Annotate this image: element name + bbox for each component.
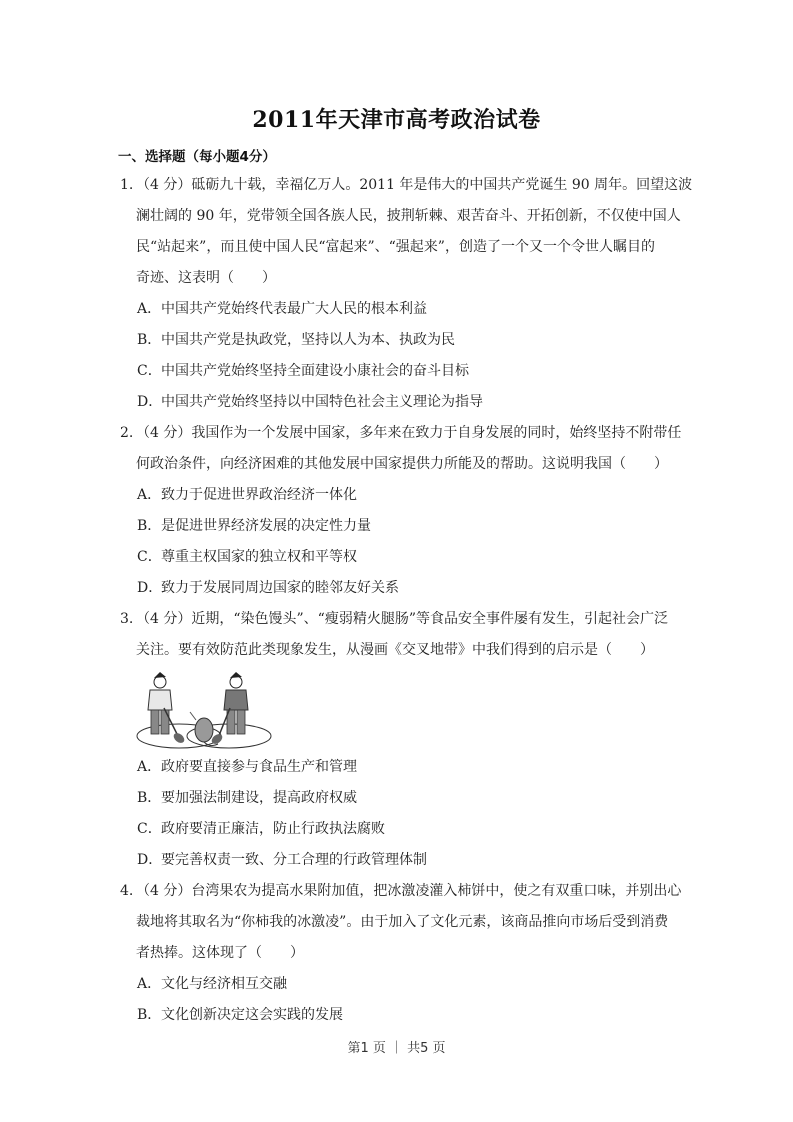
question-number: 1. xyxy=(120,170,133,201)
option-letter: B． xyxy=(137,783,161,814)
option-b: B．是促进世界经济发展的决定性力量 xyxy=(137,511,371,542)
question-3: 3. （4 分）近期，“染色馒头”、“瘦弱精火腿肠”等食品安全事件屡有发生，引起… xyxy=(120,604,680,666)
question-1: 1. （4 分）砥砺九十载，幸福亿万人。2011 年是伟大的中国共产党诞生 90… xyxy=(120,170,680,294)
exam-page: 2011年天津市高考政治试卷 一、选择题（每小题4分） 1. （4 分）砥砺九十… xyxy=(0,0,793,1122)
cartoon-image xyxy=(134,668,274,752)
section-heading: 一、选择题（每小题4分） xyxy=(118,145,276,165)
option-a: A．致力于促进世界政治经济一体化 xyxy=(137,480,357,511)
option-text: 要加强法制建设，提高政府权威 xyxy=(161,790,357,806)
option-d: D．要完善权责一致、分工合理的行政管理体制 xyxy=(137,845,427,876)
option-a: A．中国共产党始终代表最广大人民的根本利益 xyxy=(137,294,427,325)
question-stem: （4 分）我国作为一个发展中国家，多年来在致力于自身发展的同时，始终坚持不附带任… xyxy=(136,418,680,480)
question-4: 4. （4 分）台湾果农为提高水果附加值，把冰激凌灌入柿饼中，使之有双重口味，并… xyxy=(120,876,680,969)
option-letter: B． xyxy=(137,1000,161,1031)
option-letter: A． xyxy=(137,294,161,325)
stem-line: 民“站起来”，而且使中国人民“富起来”、“强起来”，创造了一个又一个令世人瞩目的 xyxy=(136,232,680,263)
question-stem: （4 分）台湾果农为提高水果附加值，把冰激凌灌入柿饼中，使之有双重口味，并别出心… xyxy=(136,876,680,969)
stem-line: （4 分）近期，“染色馒头”、“瘦弱精火腿肠”等食品安全事件屡有发生，引起社会广… xyxy=(136,604,680,635)
stem-line: 裁地将其取名为“你柿我的冰激凌”。由于加入了文化元素，该商品推向市场后受到消费 xyxy=(136,907,680,938)
question-number: 4. xyxy=(120,876,133,907)
option-text: 中国共产党始终坚持全面建设小康社会的奋斗目标 xyxy=(161,363,469,379)
option-letter: B． xyxy=(137,511,161,542)
stem-line: （4 分）台湾果农为提高水果附加值，把冰激凌灌入柿饼中，使之有双重口味，并别出心 xyxy=(136,876,680,907)
option-letter: D． xyxy=(137,573,161,604)
option-b: B．中国共产党是执政党，坚持以人为本、执政为民 xyxy=(137,325,455,356)
stem-line: 何政治条件，向经济困难的其他发展中国家提供力所能及的帮助。这说明我国（ ） xyxy=(136,449,680,480)
option-a: A．文化与经济相互交融 xyxy=(137,969,287,1000)
option-text: 要完善权责一致、分工合理的行政管理体制 xyxy=(161,852,427,868)
question-2: 2. （4 分）我国作为一个发展中国家，多年来在致力于自身发展的同时，始终坚持不… xyxy=(120,418,680,480)
option-b: B．要加强法制建设，提高政府权威 xyxy=(137,783,357,814)
option-letter: A． xyxy=(137,480,161,511)
stem-line: 澜壮阔的 90 年，党带领全国各族人民，披荆斩棘、艰苦奋斗、开拓创新，不仅使中国… xyxy=(136,201,680,232)
option-letter: C． xyxy=(137,542,161,573)
stem-line: 者热捧。这体现了（ ） xyxy=(136,938,680,969)
option-text: 政府要清正廉洁，防止行政执法腐败 xyxy=(161,821,385,837)
option-letter: A． xyxy=(137,969,161,1000)
option-c: C．政府要清正廉洁，防止行政执法腐败 xyxy=(137,814,385,845)
option-text: 致力于发展同周边国家的睦邻友好关系 xyxy=(161,580,399,596)
option-text: 是促进世界经济发展的决定性力量 xyxy=(161,518,371,534)
option-letter: D． xyxy=(137,387,161,418)
option-letter: D． xyxy=(137,845,161,876)
option-d: D．中国共产党始终坚持以中国特色社会主义理论为指导 xyxy=(137,387,483,418)
question-stem: （4 分）砥砺九十载，幸福亿万人。2011 年是伟大的中国共产党诞生 90 周年… xyxy=(136,170,680,294)
stem-line: （4 分）我国作为一个发展中国家，多年来在致力于自身发展的同时，始终坚持不附带任 xyxy=(136,418,680,449)
stem-line: （4 分）砥砺九十载，幸福亿万人。2011 年是伟大的中国共产党诞生 90 周年… xyxy=(136,170,680,201)
option-c: C．尊重主权国家的独立权和平等权 xyxy=(137,542,357,573)
stem-line: 关注。要有效防范此类现象发生，从漫画《交叉地带》中我们得到的启示是（ ） xyxy=(136,635,680,666)
option-letter: C． xyxy=(137,814,161,845)
option-text: 文化创新决定这会实践的发展 xyxy=(161,1007,343,1023)
option-text: 中国共产党始终代表最广大人民的根本利益 xyxy=(161,301,427,317)
option-text: 中国共产党始终坚持以中国特色社会主义理论为指导 xyxy=(161,394,483,410)
option-d: D．致力于发展同周边国家的睦邻友好关系 xyxy=(137,573,399,604)
option-text: 政府要直接参与食品生产和管理 xyxy=(161,759,357,775)
option-letter: A． xyxy=(137,752,161,783)
option-c: C．中国共产党始终坚持全面建设小康社会的奋斗目标 xyxy=(137,356,469,387)
document-title: 2011年天津市高考政治试卷 xyxy=(0,103,793,134)
option-letter: C． xyxy=(137,356,161,387)
option-b: B．文化创新决定这会实践的发展 xyxy=(137,1000,343,1031)
option-a: A．政府要直接参与食品生产和管理 xyxy=(137,752,357,783)
option-text: 文化与经济相互交融 xyxy=(161,976,287,992)
question-stem: （4 分）近期，“染色馒头”、“瘦弱精火腿肠”等食品安全事件屡有发生，引起社会广… xyxy=(136,604,680,666)
stem-line: 奇迹、这表明（ ） xyxy=(136,263,680,294)
page-footer: 第1 页 ｜ 共5 页 xyxy=(0,1037,793,1056)
option-letter: B． xyxy=(137,325,161,356)
option-text: 致力于促进世界政治经济一体化 xyxy=(161,487,357,503)
question-number: 3. xyxy=(120,604,133,635)
option-text: 中国共产党是执政党，坚持以人为本、执政为民 xyxy=(161,332,455,348)
option-text: 尊重主权国家的独立权和平等权 xyxy=(161,549,357,565)
question-number: 2. xyxy=(120,418,133,449)
